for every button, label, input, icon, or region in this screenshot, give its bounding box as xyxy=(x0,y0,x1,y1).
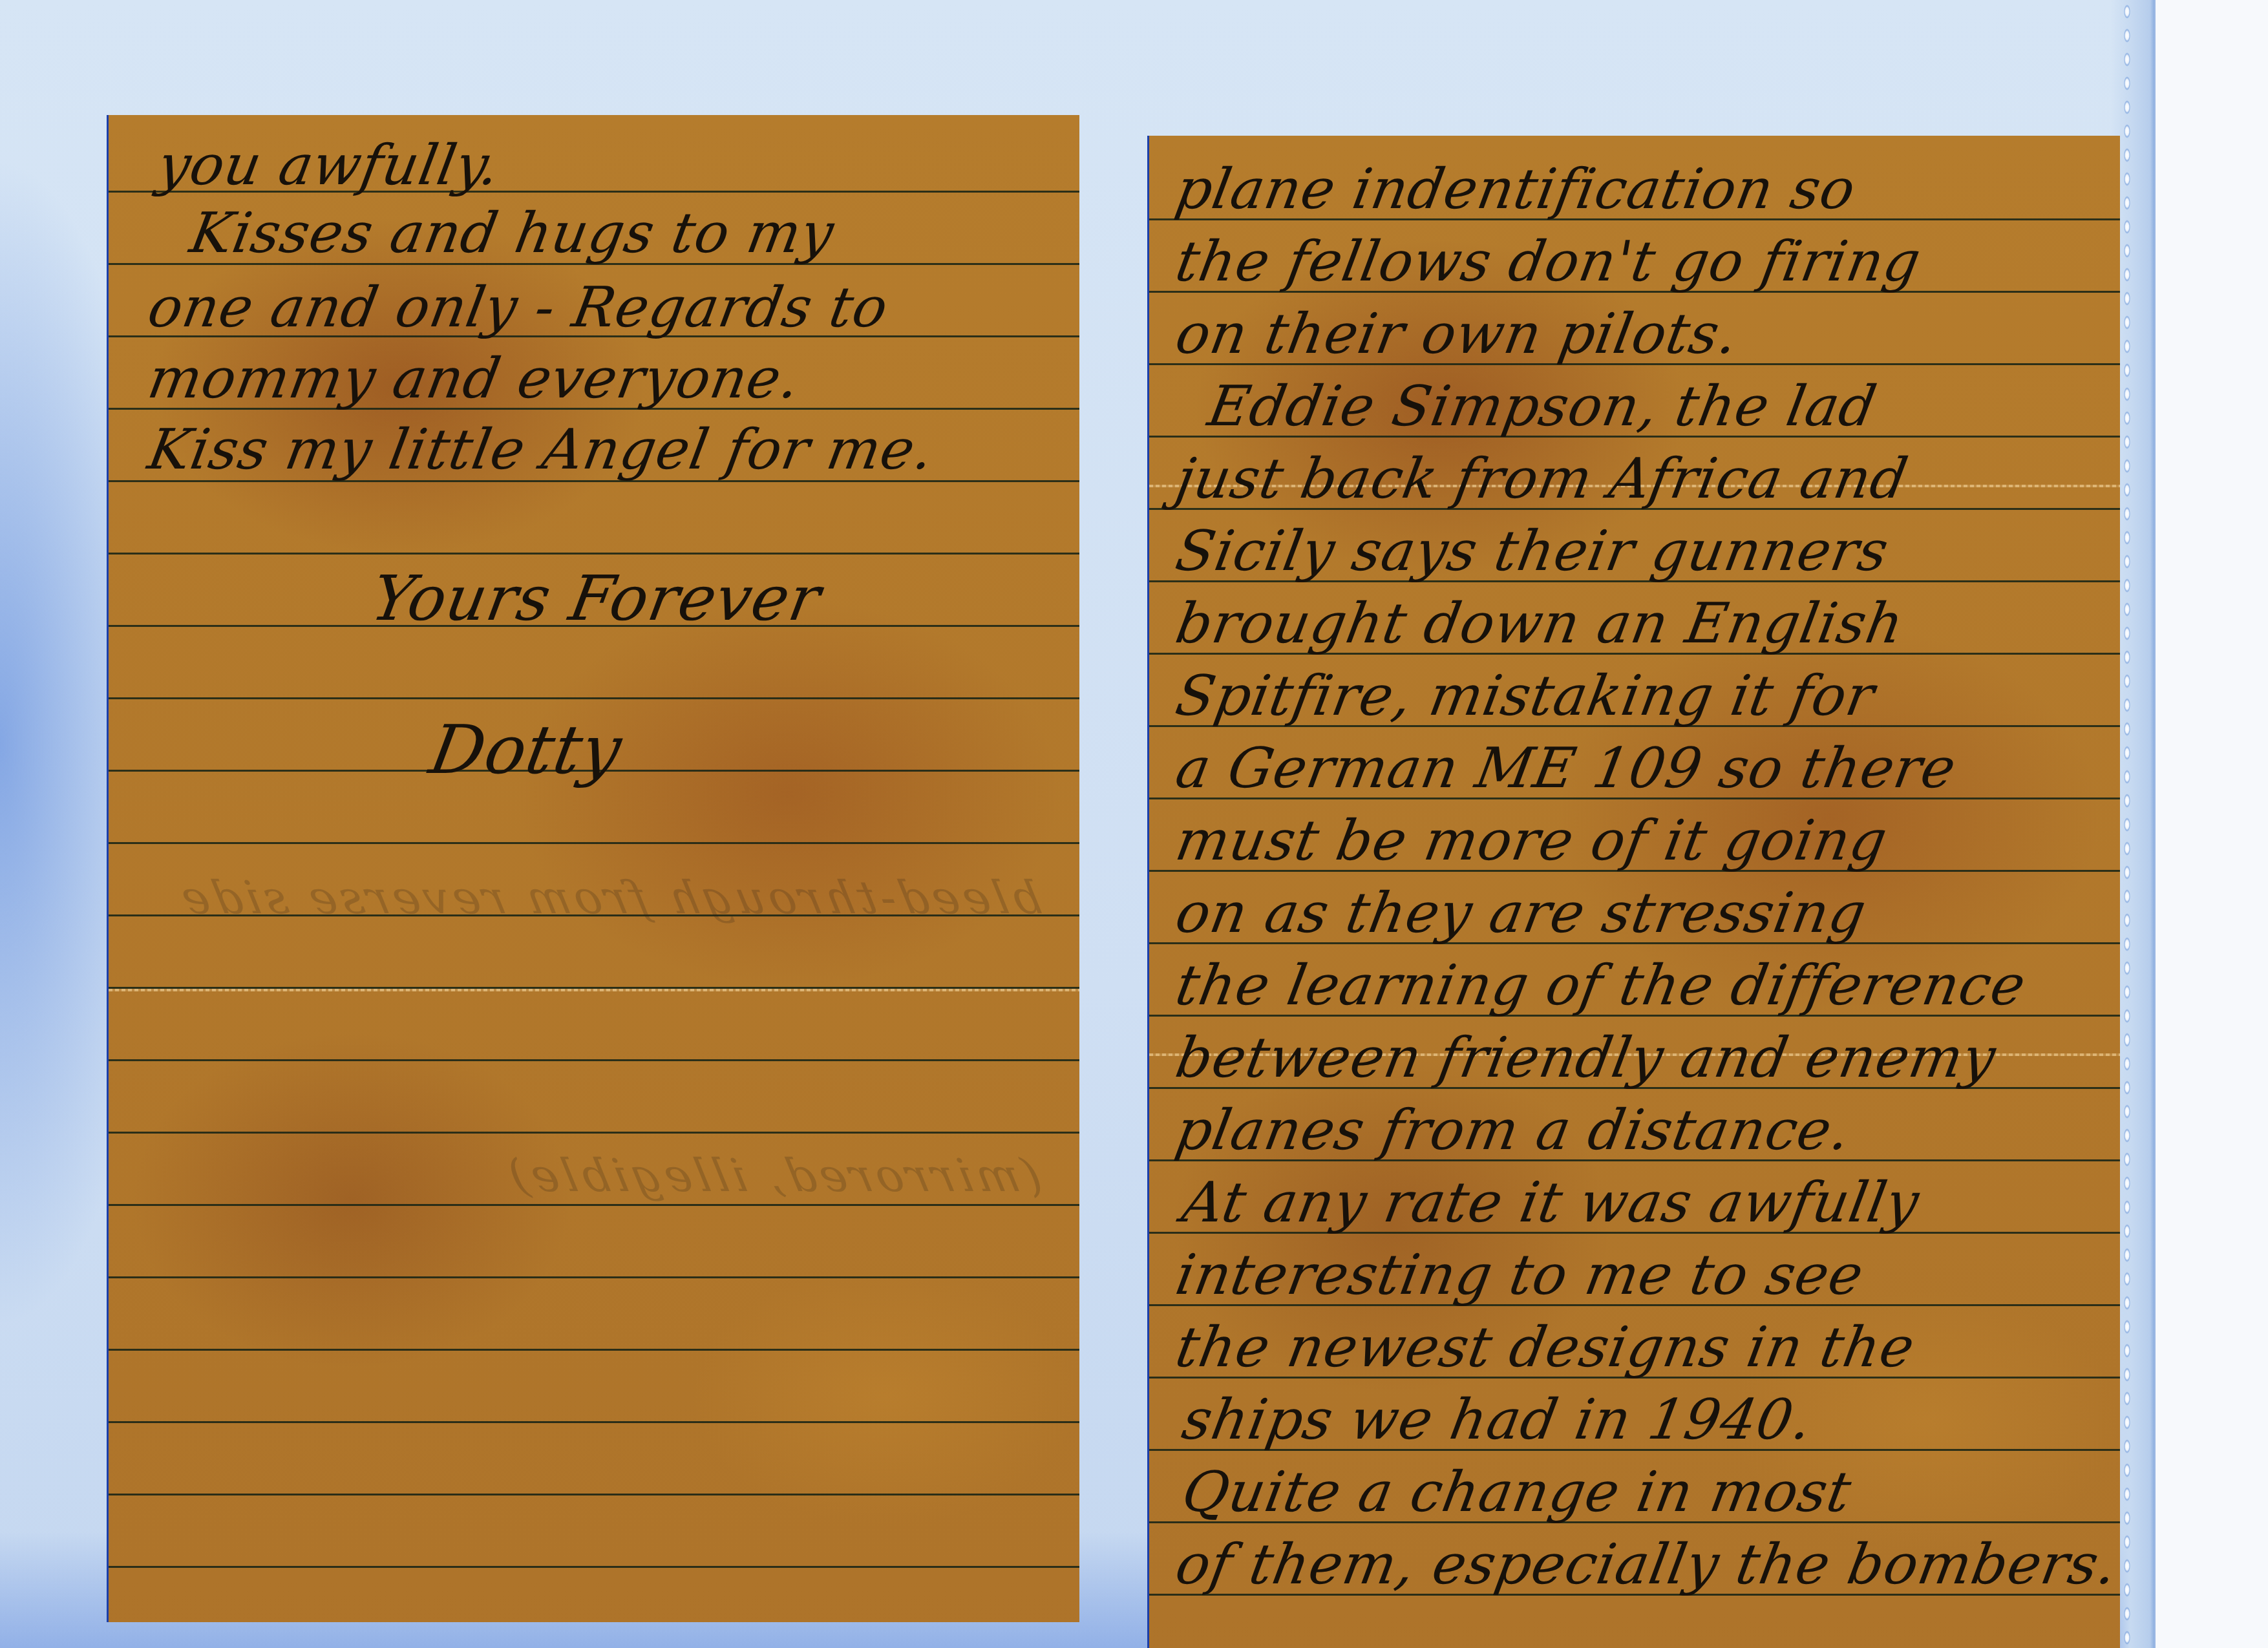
letter-line: Spitfire, mistaking it for xyxy=(1172,668,1879,724)
letter-line: interesting to me to see xyxy=(1172,1247,1868,1303)
letter-line: Sicily says their gunners xyxy=(1172,523,1892,579)
letter-page-left: bleed-through from reverse side (mirrore… xyxy=(109,115,1079,1622)
letter-line: the fellows don't go firing xyxy=(1172,234,1925,290)
fold-crease xyxy=(109,989,1079,991)
ruled-line xyxy=(109,1276,1079,1278)
letter-line: plane indentification so xyxy=(1172,162,1860,217)
letter-line: must be more of it going xyxy=(1172,813,1891,869)
letter-line: mommy and everyone. xyxy=(144,351,804,407)
letter-line: At any rate it was awfully xyxy=(1178,1175,1924,1231)
letter-line: of them, especially the bombers. xyxy=(1172,1537,2120,1592)
ruled-line xyxy=(109,1132,1079,1134)
sheet-protector-weld-dots xyxy=(2123,0,2132,1648)
letter-line: Eddie Simpson, the lad xyxy=(1204,379,1881,434)
ruled-line xyxy=(109,1494,1079,1495)
letter-page-right: plane indentification so the fellows don… xyxy=(1149,136,2120,1648)
scanner-white-margin xyxy=(2152,0,2268,1648)
letter-line: Kisses and hugs to my xyxy=(186,206,838,261)
letter-line: one and only - Regards to xyxy=(144,280,893,335)
letter-line: a German ME 109 so there xyxy=(1172,741,1960,796)
letter-line: Kiss my little Angel for me. xyxy=(144,422,938,478)
ruled-line xyxy=(109,1421,1079,1423)
letter-line: brought down an English xyxy=(1172,596,1908,651)
letter-line: the learning of the difference xyxy=(1172,958,2030,1013)
letter-line: between friendly and enemy xyxy=(1172,1030,2000,1086)
letter-line: the newest designs in the xyxy=(1172,1320,1919,1375)
letter-signature: Dotty xyxy=(425,716,627,783)
letter-line: ships we had in 1940. xyxy=(1178,1392,1816,1448)
ruled-line xyxy=(109,697,1079,699)
letter-line: on their own pilots. xyxy=(1172,306,1742,362)
letter-line: just back from Africa and xyxy=(1172,451,1912,507)
letter-line: Quite a change in most xyxy=(1178,1464,1856,1520)
letter-line: on as they are stressing xyxy=(1172,885,1871,941)
bleed-through-text: (mirrored, illegible) xyxy=(161,1149,1046,1202)
letter-closing: Yours Forever xyxy=(367,567,825,629)
bleed-through-text: bleed-through from reverse side xyxy=(161,871,1046,924)
letter-line: you awfully. xyxy=(154,138,504,193)
ruled-line xyxy=(109,1204,1079,1206)
ruled-line xyxy=(109,1566,1079,1568)
ruled-line xyxy=(109,842,1079,844)
ruled-line xyxy=(109,1349,1079,1351)
ruled-line xyxy=(109,553,1079,555)
ruled-line xyxy=(109,1059,1079,1061)
letter-line: planes from a distance. xyxy=(1172,1103,1854,1158)
